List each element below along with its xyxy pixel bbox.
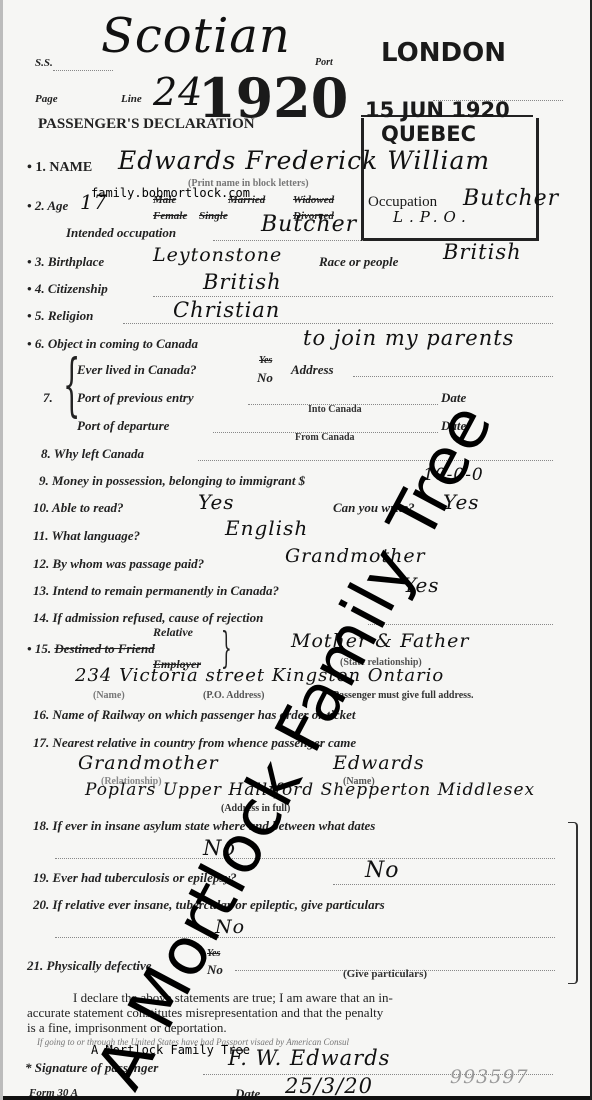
language-value: English [225, 516, 308, 540]
date-stamp: 15 JUN 1920 [365, 98, 510, 122]
status-widowed: Widowed [293, 194, 334, 206]
field-number: 1. [35, 160, 46, 175]
bracket-decoration [568, 822, 578, 984]
passage-paid-label: By whom was passage paid? [53, 556, 205, 571]
religion-label: Religion [48, 308, 94, 323]
age-label: Age [47, 198, 68, 213]
line-label: Line [121, 93, 142, 105]
line-number: 24 [153, 70, 203, 114]
stamp-occupation-value: Butcher [463, 186, 559, 211]
field-7-number: 7. [43, 390, 53, 406]
document-title: PASSENGER'S DECLARATION [38, 116, 255, 133]
relative-label: Relative [153, 625, 193, 640]
destined-label: Destined to Friend [54, 641, 154, 656]
read-label: Able to read? [52, 500, 124, 515]
ship-name: Scotian [101, 8, 291, 64]
signature-value: F. W. Edwards [228, 1046, 390, 1070]
page-label: Page [35, 93, 58, 105]
birthplace-label: Birthplace [48, 254, 104, 269]
relative-name: Edwards [333, 752, 425, 774]
status-single: Single [199, 210, 228, 222]
give-particulars-note: (Give particulars) [343, 968, 427, 980]
name-note: (Name) [93, 690, 125, 701]
date-value: 25/3/20 [285, 1074, 373, 1098]
relative-relationship: Grandmother [78, 752, 219, 774]
page-bottom-edge [3, 1096, 590, 1100]
stamp-city: QUEBEC [381, 122, 476, 146]
status-female: Female [153, 210, 187, 222]
ever-lived-label: Ever lived in Canada? [77, 362, 197, 378]
ever-lived-yes: Yes [259, 355, 272, 366]
ss-label: S.S. [35, 57, 53, 69]
port-stamp: LONDON [381, 38, 506, 68]
departure-label: Port of departure [77, 418, 169, 434]
ever-lived-no: No [257, 370, 273, 386]
intended-occupation-label: Intended occupation [66, 225, 176, 241]
language-label: What language? [52, 528, 141, 543]
into-canada-note: Into Canada [308, 404, 362, 415]
stamp-code: L.P.O. [393, 208, 472, 226]
race-label: Race or people [319, 254, 398, 270]
tuberculosis-value: No [365, 858, 400, 883]
name-value: Edwards Frederick William [118, 146, 490, 175]
passenger-declaration-document: S.S. Scotian Port LONDON Page Line 24 19… [0, 0, 592, 1100]
money-label: Money in possession, belonging to immigr… [52, 473, 305, 488]
previous-entry-label: Port of previous entry [77, 390, 194, 406]
citizenship-value: British [203, 270, 282, 294]
religion-value: Christian [173, 298, 280, 322]
po-address-note: (P.O. Address) [203, 690, 264, 701]
name-label: NAME [49, 160, 92, 175]
from-canada-note: From Canada [295, 432, 355, 443]
remain-label: Intend to remain permanently in Canada? [53, 583, 279, 598]
citizenship-label: Citizenship [48, 281, 108, 296]
serial-number: 993597 [450, 1066, 529, 1088]
race-value: British [443, 240, 522, 264]
footer-watermark: A Mortlock Family Tree [91, 1043, 250, 1057]
object-value: to join my parents [303, 326, 514, 350]
address-label: Address [291, 362, 334, 378]
declaration-line-2: accurate statement constitutes misrepres… [27, 1005, 383, 1021]
why-left-label: Why left Canada [54, 446, 144, 461]
rejection-label: If admission refused, cause of rejection [53, 610, 264, 625]
destined-address: 234 Victoria street Kingston Ontario [75, 665, 444, 686]
birthplace-value: Leytonstone [153, 244, 282, 266]
read-value: Yes [198, 490, 235, 514]
url-watermark: family.bobmortlock.com [91, 186, 250, 200]
intended-occupation-value: Butcher [261, 212, 357, 237]
